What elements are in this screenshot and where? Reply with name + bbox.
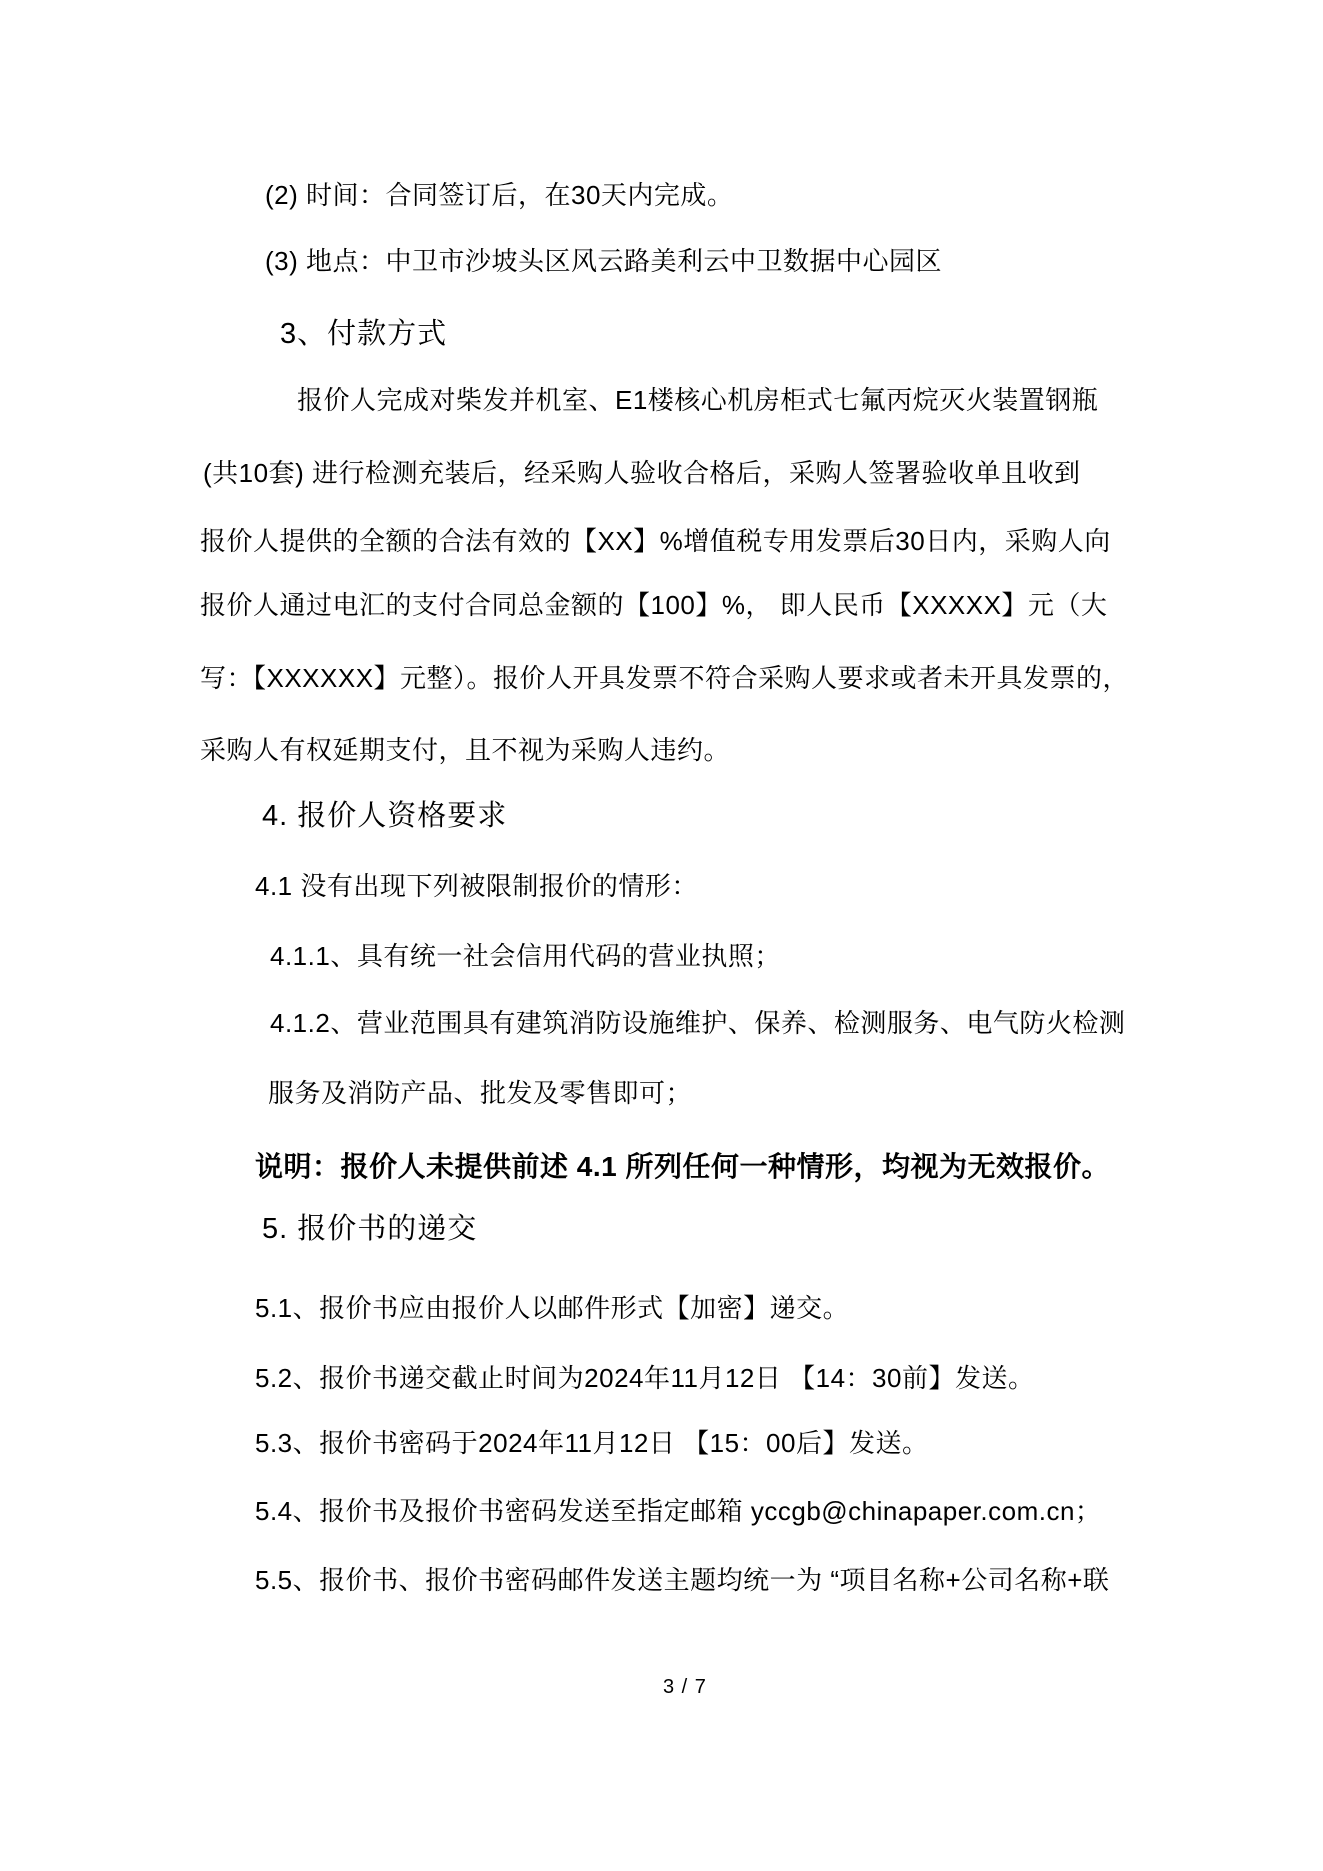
invalid-quote-note: 说明：报价人未提供前述 4.1 所列任何一种情形，均视为无效报价。 (255, 1151, 1110, 1183)
section5-heading: 5. 报价书的递交 (262, 1213, 477, 1246)
clause-5-5-line: 5.5、报价书、报价书密码邮件发送主题均统一为 “项目名称+公司名称+联 (255, 1565, 1109, 1595)
clause-5-3-line: 5.3、报价书密码于2024年11月12日 【15：00后】发送。 (255, 1428, 928, 1458)
section4-heading: 4. 报价人资格要求 (262, 800, 507, 833)
payment-paragraph-line-2: (共10套) 进行检测充装后，经采购人验收合格后，采购人签署验收单且收到 (203, 458, 1080, 488)
payment-paragraph-line-3: 报价人提供的全额的合法有效的【XX】%增值税专用发票后30日内，采购人向 (200, 526, 1111, 556)
page-number: 3 / 7 (663, 1676, 707, 1699)
clause-4-1-line: 4.1 没有出现下列被限制报价的情形： (255, 871, 698, 901)
document-page: (2) 时间：合同签订后，在30天内完成。 (3) 地点：中卫市沙坡头区风云路美… (0, 0, 1323, 1871)
clause-4-1-2-line-1: 4.1.2、营业范围具有建筑消防设施维护、保养、检测服务、电气防火检测 (270, 1008, 1125, 1038)
clause-5-4-line: 5.4、报价书及报价书密码发送至指定邮箱 yccgb@chinapaper.co… (255, 1496, 1101, 1526)
delivery-time-line: (2) 时间：合同签订后，在30天内完成。 (265, 180, 733, 210)
delivery-place-line: (3) 地点：中卫市沙坡头区风云路美利云中卫数据中心园区 (265, 246, 942, 276)
clause-4-1-2-line-2: 服务及消防产品、批发及零售即可； (268, 1078, 692, 1108)
payment-paragraph-line-4: 报价人通过电汇的支付合同总金额的【100】%， 即人民币【XXXXX】元（大 (200, 590, 1107, 620)
payment-paragraph-line-5: 写：【XXXXXX】元整）。报价人开具发票不符合采购人要求或者未开具发票的， (200, 663, 1129, 693)
clause-4-1-1-line: 4.1.1、具有统一社会信用代码的营业执照； (270, 941, 781, 971)
payment-paragraph-line-6: 采购人有权延期支付，且不视为采购人违约。 (200, 735, 730, 765)
payment-paragraph-line-1: 报价人完成对柴发并机室、E1楼核心机房柜式七氟丙烷灭火装置钢瓶 (297, 385, 1098, 415)
section3-heading: 3、付款方式 (280, 318, 447, 351)
clause-5-2-line: 5.2、报价书递交截止时间为2024年11月12日 【14：30前】发送。 (255, 1363, 1034, 1393)
clause-5-1-line: 5.1、报价书应由报价人以邮件形式【加密】递交。 (255, 1293, 849, 1323)
